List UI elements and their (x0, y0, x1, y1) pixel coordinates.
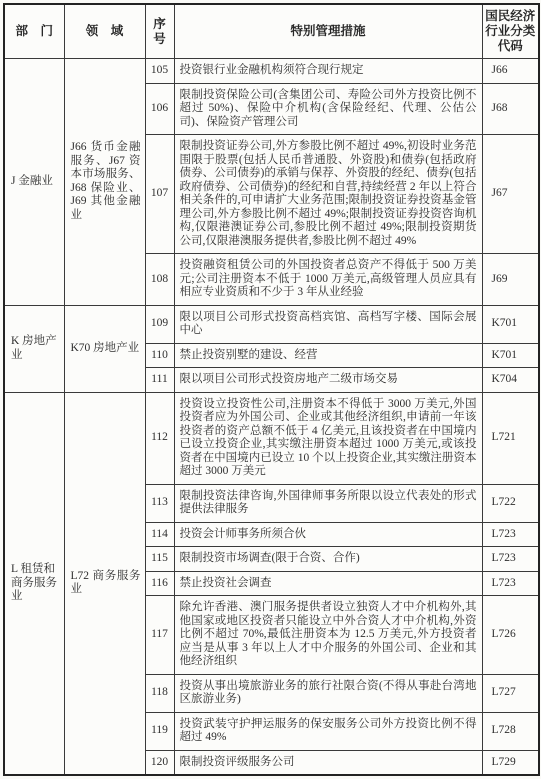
serial-number-cell: 117 (145, 596, 174, 675)
field-cell: J66 货币金融服务、J67 资本市场服务、J68 保险业、J69 其他金融业 (64, 59, 145, 306)
document-page: 部 门 领 域 序号 特别管理措施 国民经济行业分类代码 J 金融业J66 货币… (0, 0, 541, 779)
serial-number-cell: 118 (145, 674, 174, 712)
measure-cell: 禁止投资别墅的建设、经营 (174, 343, 482, 368)
industry-code-cell: J69 (482, 254, 539, 306)
industry-code-cell: K701 (482, 343, 539, 368)
field-cell: L72 商务服务业 (64, 392, 145, 775)
industry-code-cell: L728 (482, 712, 539, 750)
header-special-measures: 特别管理措施 (174, 4, 482, 59)
department-cell: K 房地产业 (4, 305, 64, 392)
industry-code-cell: L721 (482, 392, 539, 484)
measure-cell: 限以项目公司形式投资高档宾馆、高档写字楼、国际会展中心 (174, 305, 482, 343)
industry-code-cell: L729 (482, 750, 539, 775)
serial-number-cell: 120 (145, 750, 174, 775)
table-row: L 租赁和商务服务业L72 商务服务业112投资设立投资性公司,注册资本不得低于… (4, 392, 539, 484)
serial-number-cell: 105 (145, 59, 174, 84)
serial-number-cell: 107 (145, 135, 174, 254)
table-row: K 房地产业K70 房地产业109限以项目公司形式投资高档宾馆、高档写字楼、国际… (4, 305, 539, 343)
serial-number-cell: 113 (145, 484, 174, 522)
serial-number-cell: 115 (145, 547, 174, 572)
header-field: 领 域 (64, 4, 145, 59)
measure-cell: 限制投资证券公司,外方参股比例不超过 49%,初设时业务范围限于股票(包括人民币… (174, 135, 482, 254)
table-header: 部 门 领 域 序号 特别管理措施 国民经济行业分类代码 (4, 4, 539, 59)
industry-code-cell: J68 (482, 83, 539, 135)
industry-code-cell: L722 (482, 484, 539, 522)
serial-number-cell: 110 (145, 343, 174, 368)
measure-cell: 禁止投资社会调查 (174, 571, 482, 596)
measure-cell: 投资银行业金融机构须符合现行规定 (174, 59, 482, 84)
industry-code-cell: L723 (482, 547, 539, 572)
serial-number-cell: 108 (145, 254, 174, 306)
measure-cell: 限制投资法律咨询,外国律师事务所限以设立代表处的形式提供法律服务 (174, 484, 482, 522)
serial-number-cell: 116 (145, 571, 174, 596)
serial-number-cell: 119 (145, 712, 174, 750)
negative-list-table: 部 门 领 域 序号 特别管理措施 国民经济行业分类代码 J 金融业J66 货币… (3, 3, 540, 776)
measure-cell: 限制投资评级服务公司 (174, 750, 482, 775)
industry-code-cell: L723 (482, 571, 539, 596)
measure-cell: 投资从事出境旅游业务的旅行社限合资(不得从事赴台湾地区旅游业务) (174, 674, 482, 712)
industry-code-cell: K704 (482, 368, 539, 393)
measure-cell: 限制投资保险公司(含集团公司、寿险公司外方投资比例不超过 50%)、保险中介机构… (174, 83, 482, 135)
table-body: J 金融业J66 货币金融服务、J67 资本市场服务、J68 保险业、J69 其… (4, 59, 539, 776)
measure-cell: 限制投资市场调查(限于合资、合作) (174, 547, 482, 572)
serial-number-cell: 109 (145, 305, 174, 343)
industry-code-cell: L727 (482, 674, 539, 712)
header-industry-code: 国民经济行业分类代码 (482, 4, 539, 59)
industry-code-cell: J67 (482, 135, 539, 254)
industry-code-cell: L726 (482, 596, 539, 675)
measure-cell: 除允许香港、澳门服务提供者设立独资人才中介机构外,其他国家或地区投资者只能设立中… (174, 596, 482, 675)
serial-number-cell: 114 (145, 522, 174, 547)
header-row: 部 门 领 域 序号 特别管理措施 国民经济行业分类代码 (4, 4, 539, 59)
measure-cell: 投资融资租赁公司的外国投资者总资产不得低于 500 万美元;公司注册资本不低于 … (174, 254, 482, 306)
table-row: J 金融业J66 货币金融服务、J67 资本市场服务、J68 保险业、J69 其… (4, 59, 539, 84)
serial-number-cell: 106 (145, 83, 174, 135)
serial-number-cell: 112 (145, 392, 174, 484)
industry-code-cell: K701 (482, 305, 539, 343)
serial-number-cell: 111 (145, 368, 174, 393)
field-cell: K70 房地产业 (64, 305, 145, 392)
measure-cell: 投资武装守护押运服务的保安服务公司外方投资比例不得超过 49% (174, 712, 482, 750)
measure-cell: 投资设立投资性公司,注册资本不得低于 3000 万美元,外国投资者应为外国公司、… (174, 392, 482, 484)
measure-cell: 投资会计师事务所须合伙 (174, 522, 482, 547)
measure-cell: 限以项目公司形式投资房地产二级市场交易 (174, 368, 482, 393)
header-department: 部 门 (4, 4, 64, 59)
department-cell: L 租赁和商务服务业 (4, 392, 64, 775)
industry-code-cell: L723 (482, 522, 539, 547)
industry-code-cell: J66 (482, 59, 539, 84)
department-cell: J 金融业 (4, 59, 64, 306)
header-serial-number: 序号 (145, 4, 174, 59)
